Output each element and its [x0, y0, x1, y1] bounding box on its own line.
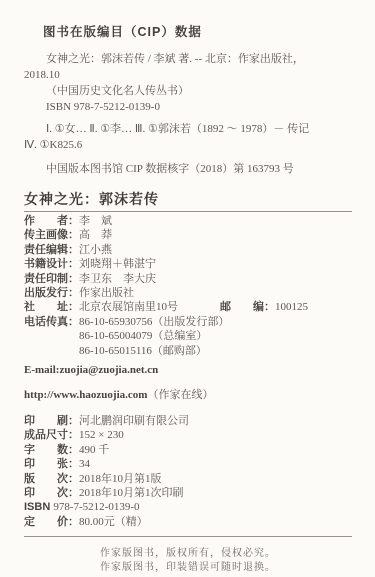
field-label: 责任编辑： — [24, 244, 79, 256]
field-label: 印 次： — [24, 487, 79, 499]
field-label — [24, 330, 79, 342]
field-value: 80.00元（精） — [79, 516, 148, 528]
cip-block: 图书在版编目（CIP）数据 女神之光：郭沫若传 / 李斌 著. -- 北京：作家… — [24, 24, 352, 177]
field-label: 邮 编： — [220, 301, 275, 313]
row-author: 作 者：李 斌 — [24, 214, 352, 228]
field-value: 152 × 230 — [79, 429, 124, 441]
field-label: 印 刷： — [24, 415, 79, 427]
copyright-notices: 作家版图书，版权所有，侵权必究。 作家版图书，印装错误可随时退换。 — [24, 547, 352, 575]
row-address: 社 址：北京农展馆南里10号邮 编：100125 — [24, 300, 352, 314]
website-url: http://www.haozuojia.com — [24, 389, 147, 401]
field-value: 刘晓翔＋韩湛宁 — [79, 258, 156, 270]
field-value: 高 莽 — [79, 229, 112, 241]
row-print-supervisor: 责任印制：李卫东 李大庆 — [24, 272, 352, 286]
row-portrait: 传主画像：高 莽 — [24, 228, 352, 242]
field-value: 河北鹏润印刷有限公司 — [79, 415, 189, 427]
field-label: ISBN — [24, 501, 53, 513]
field-label: 社 址： — [24, 301, 79, 313]
field-value: 978-7-5212-0139-0 — [53, 501, 139, 513]
row-phone-3: 86-10-65015116（邮购部） — [24, 344, 352, 358]
cip-heading: 图书在版编目（CIP）数据 — [43, 24, 352, 40]
field-value: 86-10-65015116（邮购部） — [79, 345, 207, 357]
cip-series: （中国历史文化名人传丛书） — [24, 83, 352, 99]
row-editor: 责任编辑：江小燕 — [24, 243, 352, 257]
row-sheets: 印 张：34 — [24, 457, 352, 471]
field-value: 86-10-65930756（出版发行部） — [79, 316, 229, 328]
website-suffix: （作家在线） — [147, 389, 213, 401]
field-value: 490 千 — [79, 444, 109, 456]
row-price: 定 价：80.00元（精） — [24, 515, 352, 529]
colophon-page: 图书在版编目（CIP）数据 女神之光：郭沫若传 / 李斌 著. -- 北京：作家… — [0, 0, 375, 577]
field-value: 江小燕 — [79, 244, 112, 256]
field-value: 作家出版社 — [79, 287, 134, 299]
field-label: 电话传真： — [24, 316, 79, 328]
row-printer: 印 刷：河北鹏润印刷有限公司 — [24, 414, 352, 428]
row-design: 书籍设计：刘晓翔＋韩湛宁 — [24, 257, 352, 271]
field-value: 34 — [79, 458, 90, 470]
row-edition: 版 次：2018年10月第1版 — [24, 472, 352, 486]
field-label: 成品尺寸： — [24, 429, 79, 441]
postcode-pair: 邮 编：100125 — [220, 300, 308, 314]
row-trim-size: 成品尺寸：152 × 230 — [24, 428, 352, 442]
field-label: 定 价： — [24, 516, 79, 528]
row-isbn: ISBN 978-7-5212-0139-0 — [24, 500, 352, 514]
field-label: 字 数： — [24, 444, 79, 456]
field-label: 传主画像： — [24, 229, 79, 241]
field-value: 100125 — [275, 301, 308, 313]
field-label: 出版发行： — [24, 287, 79, 299]
row-publisher: 出版发行：作家出版社 — [24, 286, 352, 300]
field-label — [24, 345, 79, 357]
cip-isbn: ISBN 978-7-5212-0139-0 — [24, 99, 352, 115]
field-label: 书籍设计： — [24, 258, 79, 270]
cip-classification-line1: Ⅰ. ①女… Ⅱ. ①李… Ⅲ. ①郭沫若（1892 ～ 1978）－ 传记 — [24, 121, 352, 137]
field-value: 李卫东 李大庆 — [79, 273, 156, 285]
cip-classification-line2: Ⅳ. ①K825.6 — [24, 137, 352, 153]
cip-record-number: 中国版本图书馆 CIP 数据核字（2018）第 163793 号 — [24, 161, 352, 177]
copyright-notice: 作家版图书，版权所有，侵权必究。 — [24, 547, 352, 561]
field-value: 86-10-65004079（总编室） — [79, 330, 207, 342]
field-label: 版 次： — [24, 473, 79, 485]
field-value: 2018年10月第1版 — [79, 473, 162, 485]
title-divider — [24, 211, 352, 212]
website-line: http://www.haozuojia.com（作家在线） — [24, 388, 352, 402]
field-label: 印 张： — [24, 458, 79, 470]
row-word-count: 字 数：490 千 — [24, 443, 352, 457]
field-label: 作 者： — [24, 215, 79, 227]
row-phone-2: 86-10-65004079（总编室） — [24, 329, 352, 343]
field-value: 2018年10月第1次印刷 — [79, 487, 184, 499]
colophon-rows-b: 印 刷：河北鹏润印刷有限公司 成品尺寸：152 × 230 字 数：490 千 … — [24, 414, 352, 529]
colophon-rows-a: 作 者：李 斌 传主画像：高 莽 责任编辑：江小燕 书籍设计：刘晓翔＋韩湛宁 责… — [24, 214, 352, 358]
field-label: 责任印制： — [24, 273, 79, 285]
cip-entry-line2: 2018.10 — [24, 67, 352, 83]
cip-entry-line1: 女神之光：郭沫若传 / 李斌 著. -- 北京：作家出版社， — [24, 51, 352, 67]
field-value: 北京农展馆南里10号 — [79, 301, 178, 313]
row-phone-1: 电话传真：86-10-65930756（出版发行部） — [24, 315, 352, 329]
row-impression: 印 次：2018年10月第1次印刷 — [24, 486, 352, 500]
footer-divider — [24, 536, 352, 537]
book-title: 女神之光：郭沫若传 — [24, 190, 352, 208]
return-policy-notice: 作家版图书，印装错误可随时退换。 — [24, 561, 352, 575]
email-line: E-mail:zuojia@zuojia.net.cn — [24, 363, 352, 377]
field-value: 李 斌 — [79, 215, 112, 227]
